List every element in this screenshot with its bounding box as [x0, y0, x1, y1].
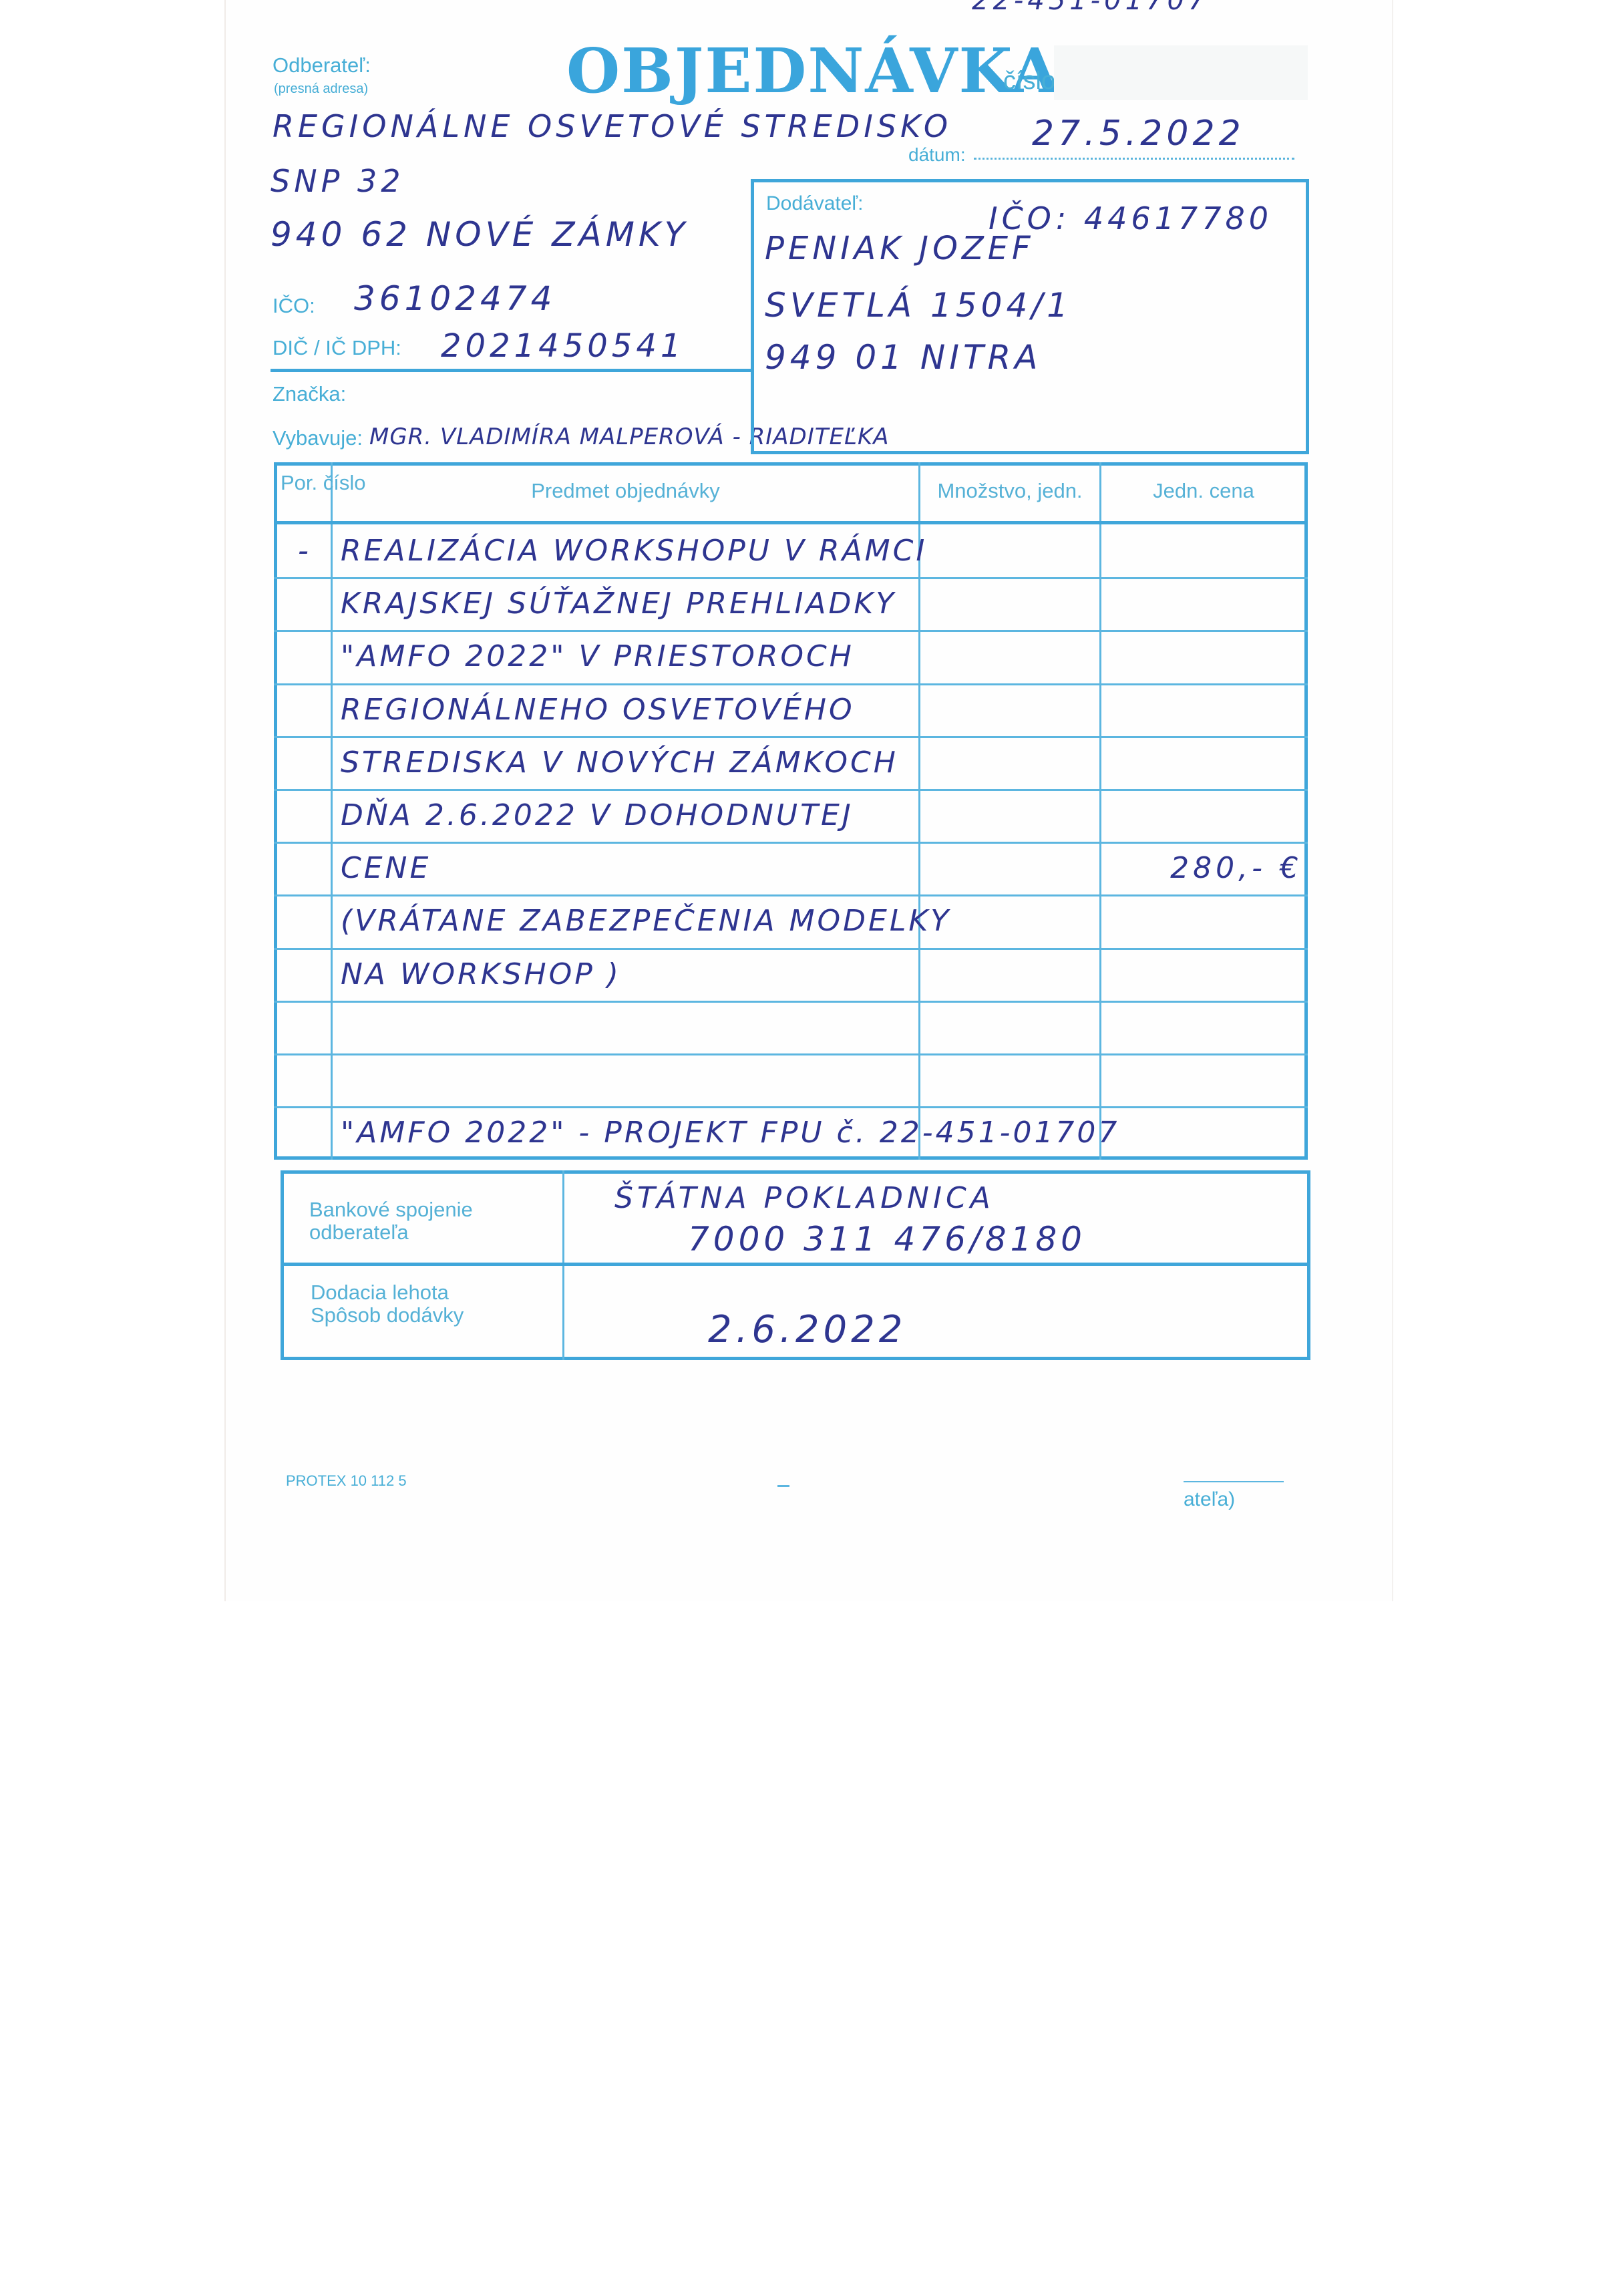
document-title: OBJEDNÁVKA	[566, 35, 1060, 107]
delivery-date: 2.6.2022	[708, 1308, 906, 1351]
table-row	[274, 1053, 1308, 1106]
date-value: 27.5.2022	[1032, 114, 1245, 154]
row-item: NA WORKSHOP )	[341, 957, 915, 991]
header-jedn-cena: Jedn. cena	[1101, 480, 1306, 502]
row-item: REGIONÁLNEHO OSVETOVÉHO	[341, 693, 915, 727]
row-item: KRAJSKEJ SÚŤAŽNEJ PREHLIADKY	[341, 587, 915, 621]
customer-name: REGIONÁLNE OSVETOVÉ STREDISKO	[273, 108, 952, 144]
table-row: NA WORKSHOP )	[274, 948, 1308, 1001]
signature-line-left	[777, 1485, 789, 1487]
row-item: "AMFO 2022" - PROJEKT FPU č. 22-451-0170…	[341, 1116, 915, 1150]
order-number-field	[1054, 45, 1308, 100]
table-row: "AMFO 2022" - PROJEKT FPU č. 22-451-0170…	[274, 1106, 1308, 1159]
customer-sublabel: (presná adresa)	[274, 81, 368, 97]
customer-street: SNP 32	[271, 163, 405, 199]
customer-divider	[271, 369, 751, 372]
table-row	[274, 1001, 1308, 1053]
supplier-city: 949 01 NITRA	[765, 338, 1041, 377]
customer-dic: 2021450541	[441, 327, 685, 365]
delivery-label: Dodacia lehotaSpôsob dodávky	[311, 1281, 464, 1327]
top-order-number: 22-451-01707	[972, 0, 1209, 16]
table-row: (VRÁTANE ZABEZPEČENIA MODELKY	[274, 894, 1308, 947]
signature-caption: ateľa)	[1184, 1488, 1235, 1511]
row-item: (VRÁTANE ZABEZPEČENIA MODELKY	[341, 904, 915, 938]
order-items-table: Por. číslo Predmet objednávky Množstvo, …	[274, 462, 1308, 1160]
row-item: REALIZÁCIA WORKSHOPU V RÁMCI	[341, 534, 915, 568]
row-item: "AMFO 2022" V PRIESTOROCH	[341, 639, 915, 673]
header-predmet: Predmet objednávky	[333, 480, 918, 502]
signature-line-right	[1184, 1481, 1284, 1482]
row-item: STREDISKA V NOVÝCH ZÁMKOCH	[341, 746, 915, 780]
date-label: dátum:	[908, 144, 966, 166]
table-row: KRAJSKEJ SÚŤAŽNEJ PREHLIADKY	[274, 577, 1308, 630]
row-item: DŇA 2.6.2022 V DOHODNUTEJ	[341, 798, 915, 832]
ico-label: IČO:	[273, 294, 315, 318]
print-code: PROTEX 10 112 5	[286, 1472, 407, 1490]
table-row: DŇA 2.6.2022 V DOHODNUTEJ	[274, 789, 1308, 842]
row-unit-price: 280,- €	[1109, 851, 1302, 885]
supplier-name: PENIAK JOZEF	[765, 230, 1035, 267]
payment-row-divider	[281, 1263, 1310, 1266]
table-row: CENE280,- €	[274, 842, 1308, 894]
date-dotted-line	[974, 158, 1294, 160]
dic-label: DIČ / IČ DPH:	[273, 336, 401, 360]
znacka-label: Značka:	[273, 382, 346, 406]
row-item: CENE	[341, 851, 915, 885]
bank-label: Bankové spojenieodberateľa	[309, 1198, 473, 1244]
table-row: "AMFO 2022" V PRIESTOROCH	[274, 630, 1308, 683]
row-number: -	[282, 534, 329, 568]
table-row: STREDISKA V NOVÝCH ZÁMKOCH	[274, 736, 1308, 789]
header-mnozstvo: Množstvo, jedn.	[920, 480, 1099, 502]
table-row: -REALIZÁCIA WORKSHOPU V RÁMCI	[274, 524, 1308, 577]
bank-account: 7000 311 476/8180	[688, 1220, 1086, 1259]
supplier-label: Dodávateľ:	[766, 192, 864, 215]
bank-name: ŠTÁTNA POKLADNICA	[614, 1181, 995, 1215]
table-row: REGIONÁLNEHO OSVETOVÉHO	[274, 683, 1308, 736]
vybavuje-label: Vybavuje:	[273, 426, 363, 450]
customer-ico: 36102474	[354, 279, 556, 318]
supplier-street: SVETLÁ 1504/1	[765, 286, 1072, 325]
customer-city: 940 62 NOVÉ ZÁMKY	[271, 215, 689, 254]
customer-label: Odberateľ:	[273, 53, 371, 77]
